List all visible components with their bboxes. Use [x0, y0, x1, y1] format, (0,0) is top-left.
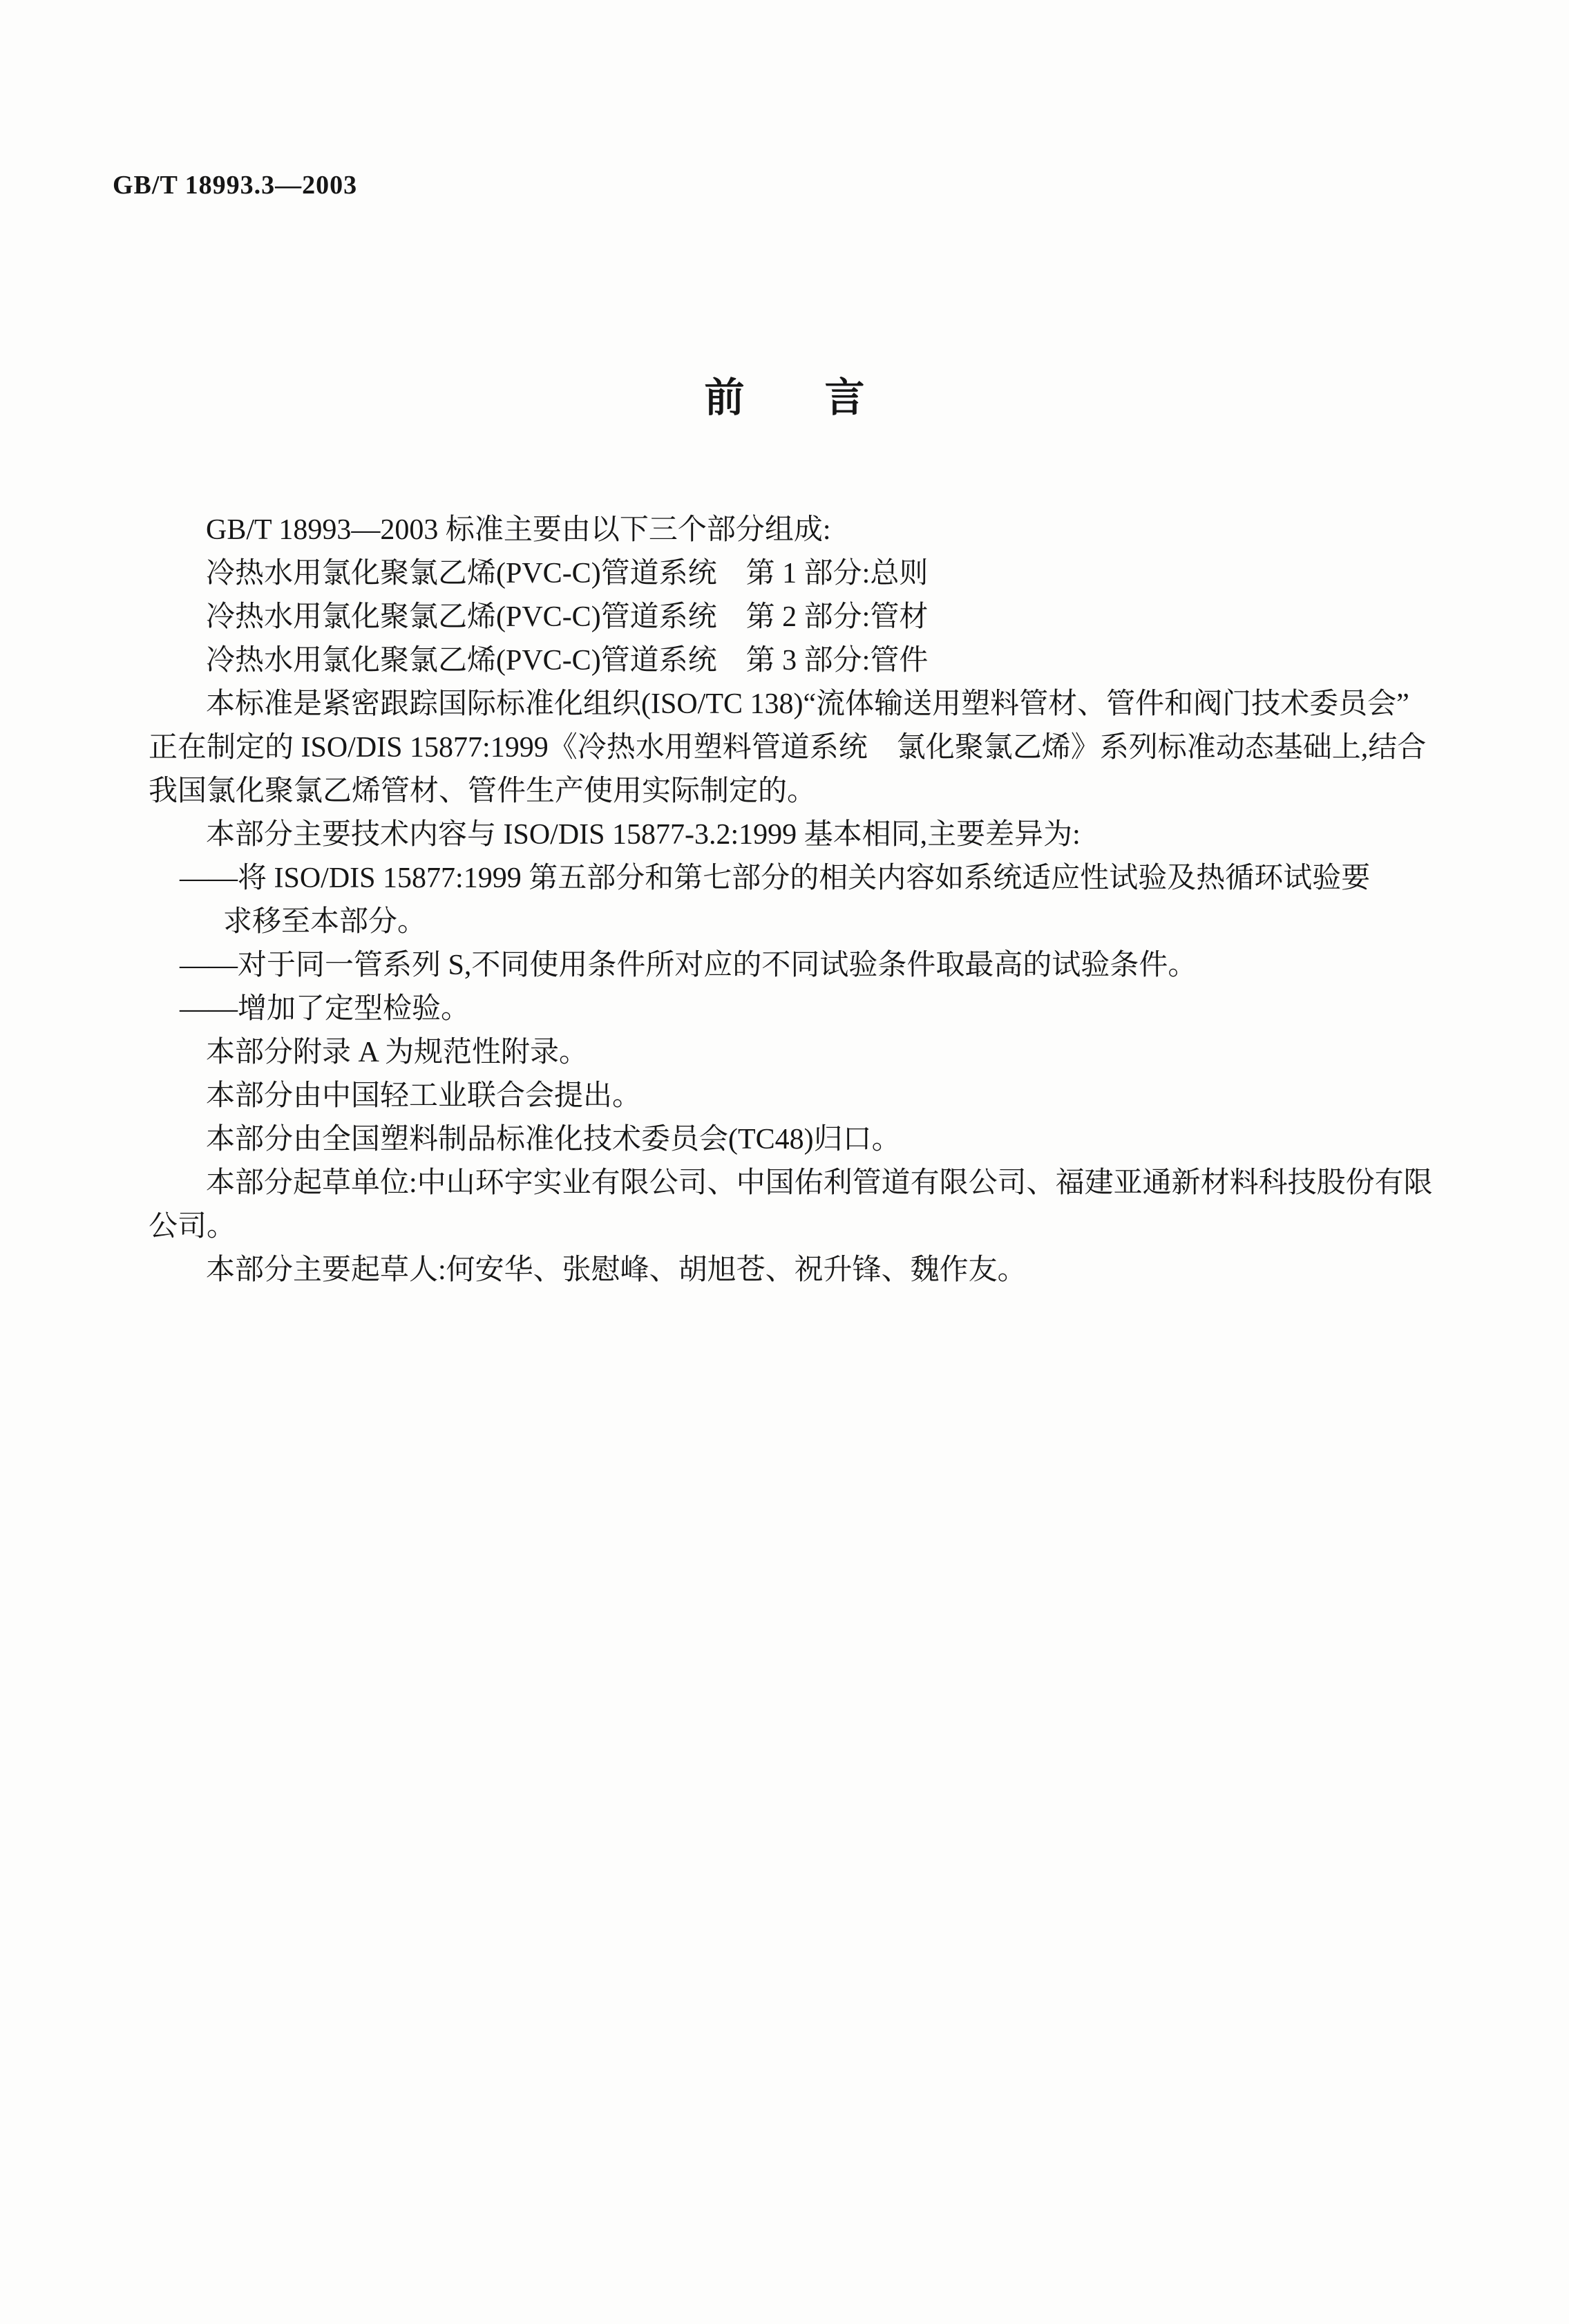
- body-line: 本标准是紧密跟踪国际标准化组织(ISO/TC 138)“流体输送用塑料管材、管件…: [149, 683, 1447, 726]
- body-line: 我国氯化聚氯乙烯管材、管件生产使用实际制定的。: [149, 770, 1447, 813]
- body-line: 本部分起草单位:中山环宇实业有限公司、中国佑利管道有限公司、福建亚通新材料科技股…: [149, 1162, 1447, 1205]
- body-line: 求移至本部分。: [149, 900, 1447, 944]
- body-line: ——增加了定型检验。: [149, 988, 1447, 1031]
- standard-number: GB/T 18993.3—2003: [113, 170, 357, 200]
- body-line: 冷热水用氯化聚氯乙烯(PVC-C)管道系统 第 3 部分:管件: [149, 639, 1447, 683]
- body-line: 本部分主要起草人:何安华、张慰峰、胡旭苍、祝升锋、魏作友。: [149, 1249, 1447, 1292]
- body-line: ——将 ISO/DIS 15877:1999 第五部分和第七部分的相关内容如系统…: [149, 857, 1447, 900]
- body-line: 本部分由全国塑料制品标准化技术委员会(TC48)归口。: [149, 1118, 1447, 1162]
- body-line: 冷热水用氯化聚氯乙烯(PVC-C)管道系统 第 1 部分:总则: [149, 552, 1447, 596]
- body-line: 公司。: [149, 1205, 1447, 1249]
- body-line: 冷热水用氯化聚氯乙烯(PVC-C)管道系统 第 2 部分:管材: [149, 596, 1447, 639]
- foreword-body: GB/T 18993—2003 标准主要由以下三个部分组成:冷热水用氯化聚氯乙烯…: [149, 509, 1447, 1292]
- body-line: ——对于同一管系列 S,不同使用条件所对应的不同试验条件取最高的试验条件。: [149, 944, 1447, 988]
- body-line: 正在制定的 ISO/DIS 15877:1999《冷热水用塑料管道系统 氯化聚氯…: [149, 726, 1447, 770]
- body-line: GB/T 18993—2003 标准主要由以下三个部分组成:: [149, 509, 1447, 552]
- document-page: GB/T 18993.3—2003 前 言 GB/T 18993—2003 标准…: [0, 0, 1569, 2324]
- body-line: 本部分主要技术内容与 ISO/DIS 15877-3.2:1999 基本相同,主…: [149, 813, 1447, 857]
- body-line: 本部分由中国轻工业联合会提出。: [149, 1075, 1447, 1118]
- page-title: 前 言: [0, 365, 1569, 423]
- body-line: 本部分附录 A 为规范性附录。: [149, 1031, 1447, 1075]
